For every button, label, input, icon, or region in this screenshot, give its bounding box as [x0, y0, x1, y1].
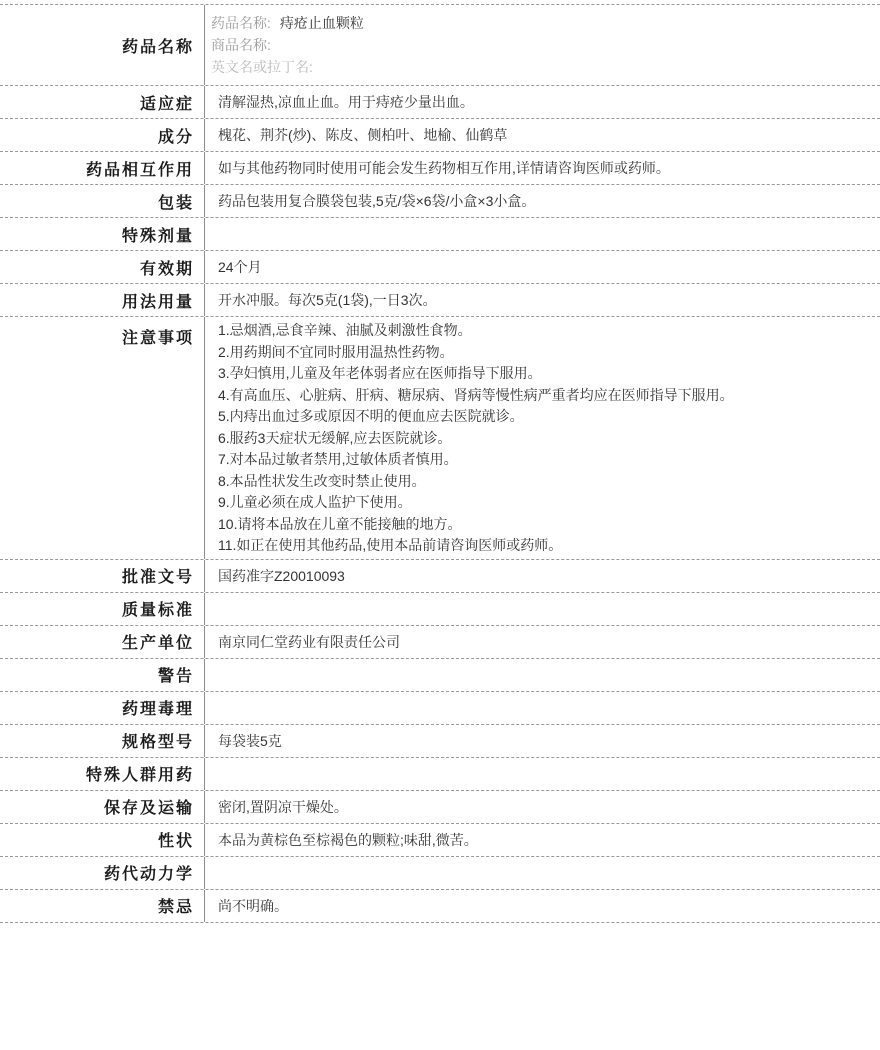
table-row: 药理毒理 [0, 692, 880, 725]
row-label-text: 规格型号 [122, 729, 194, 752]
table-row: 适应症 清解湿热,凉血止血。用于痔疮少量出血。 [0, 86, 880, 119]
row-label: 规格型号 [0, 725, 204, 757]
drug-name-line: 商品名称: [211, 34, 870, 56]
drug-info-table: 药品名称 药品名称:痔疮止血颗粒商品名称:英文名或拉丁名: 适应症 清解湿热,凉… [0, 4, 880, 923]
row-label: 包装 [0, 185, 204, 217]
row-label-text: 药理毒理 [122, 696, 194, 719]
row-value: 开水冲服。每次5克(1袋),一日3次。 [204, 284, 880, 316]
precaution-item: 11.如正在使用其他药品,使用本品前请咨询医师或药师。 [218, 535, 870, 557]
row-label: 适应症 [0, 86, 204, 118]
row-label-text: 保存及运输 [104, 795, 194, 818]
table-row: 特殊人群用药 [0, 758, 880, 791]
row-value-text: 南京同仁堂药业有限责任公司 [218, 632, 870, 652]
row-label: 生产单位 [0, 626, 204, 658]
row-label-text: 性状 [158, 828, 194, 851]
table-row: 生产单位 南京同仁堂药业有限责任公司 [0, 626, 880, 659]
row-value: 每袋装5克 [204, 725, 880, 757]
table-row: 禁忌 尚不明确。 [0, 890, 880, 923]
precaution-item: 7.对本品过敏者禁用,过敏体质者慎用。 [218, 449, 870, 471]
row-value: 南京同仁堂药业有限责任公司 [204, 626, 880, 658]
table-row: 成分 槐花、荆芥(炒)、陈皮、侧柏叶、地榆、仙鹤草 [0, 119, 880, 152]
row-value [204, 659, 880, 691]
row-value: 如与其他药物同时使用可能会发生药物相互作用,详情请咨询医师或药师。 [204, 152, 880, 184]
table-row: 警告 [0, 659, 880, 692]
field-value: 痔疮止血颗粒 [280, 15, 364, 31]
precaution-item: 6.服药3天症状无缓解,应去医院就诊。 [218, 428, 870, 450]
table-row: 批准文号 国药准字Z20010093 [0, 560, 880, 593]
row-value-text: 密闭,置阴凉干燥处。 [218, 797, 870, 817]
row-value [204, 857, 880, 889]
table-row: 注意事项 1.忌烟酒,忌食辛辣、油腻及刺激性食物。2.用药期间不宜同时服用温热性… [0, 317, 880, 560]
drug-name-line: 药品名称:痔疮止血颗粒 [211, 12, 870, 34]
row-label-text: 有效期 [140, 256, 194, 279]
precaution-item: 10.请将本品放在儿童不能接触的地方。 [218, 514, 870, 536]
row-label: 药品名称 [0, 5, 204, 85]
row-label-text: 禁忌 [158, 894, 194, 917]
row-value: 密闭,置阴凉干燥处。 [204, 791, 880, 823]
row-label: 药理毒理 [0, 692, 204, 724]
row-label: 质量标准 [0, 593, 204, 625]
row-value-text: 槐花、荆芥(炒)、陈皮、侧柏叶、地榆、仙鹤草 [218, 125, 870, 145]
precaution-item: 3.孕妇慎用,儿童及年老体弱者应在医师指导下服用。 [218, 363, 870, 385]
row-label: 药品相互作用 [0, 152, 204, 184]
table-row: 用法用量 开水冲服。每次5克(1袋),一日3次。 [0, 284, 880, 317]
row-label-text: 药品相互作用 [86, 157, 194, 180]
row-value-text [218, 227, 870, 241]
table-row: 规格型号 每袋装5克 [0, 725, 880, 758]
row-value-text [218, 668, 870, 682]
row-label: 注意事项 [0, 317, 204, 559]
row-label: 成分 [0, 119, 204, 151]
row-value [204, 758, 880, 790]
row-value-text: 国药准字Z20010093 [218, 566, 870, 586]
row-value [204, 218, 880, 250]
row-label: 保存及运输 [0, 791, 204, 823]
table-row: 有效期 24个月 [0, 251, 880, 284]
row-value: 24个月 [204, 251, 880, 283]
row-value: 药品名称:痔疮止血颗粒商品名称:英文名或拉丁名: [204, 5, 880, 85]
row-label: 有效期 [0, 251, 204, 283]
row-value-text: 开水冲服。每次5克(1袋),一日3次。 [218, 290, 870, 310]
row-label: 警告 [0, 659, 204, 691]
row-label-text: 生产单位 [122, 630, 194, 653]
row-value: 清解湿热,凉血止血。用于痔疮少量出血。 [204, 86, 880, 118]
row-label-text: 用法用量 [122, 289, 194, 312]
row-label-text: 质量标准 [122, 597, 194, 620]
row-value: 药品包装用复合膜袋包装,5克/袋×6袋/小盒×3小盒。 [204, 185, 880, 217]
precaution-item: 4.有高血压、心脏病、肝病、糖尿病、肾病等慢性病严重者均应在医师指导下服用。 [218, 385, 870, 407]
row-label-text: 注意事项 [122, 325, 194, 348]
row-value: 国药准字Z20010093 [204, 560, 880, 592]
table-row: 性状 本品为黄棕色至棕褐色的颗粒;味甜,微苦。 [0, 824, 880, 857]
row-value-text: 每袋装5克 [218, 731, 870, 751]
row-label-text: 药代动力学 [104, 861, 194, 884]
row-label: 特殊剂量 [0, 218, 204, 250]
row-value-text: 如与其他药物同时使用可能会发生药物相互作用,详情请咨询医师或药师。 [218, 158, 870, 178]
precaution-item: 2.用药期间不宜同时服用温热性药物。 [218, 342, 870, 364]
row-value: 尚不明确。 [204, 890, 880, 922]
field-label: 英文名或拉丁名: [211, 59, 313, 75]
table-row: 包装 药品包装用复合膜袋包装,5克/袋×6袋/小盒×3小盒。 [0, 185, 880, 218]
row-label: 用法用量 [0, 284, 204, 316]
precaution-item: 9.儿童必须在成人监护下使用。 [218, 492, 870, 514]
table-row: 特殊剂量 [0, 218, 880, 251]
row-value: 槐花、荆芥(炒)、陈皮、侧柏叶、地榆、仙鹤草 [204, 119, 880, 151]
row-value-text: 24个月 [218, 257, 870, 277]
row-value: 本品为黄棕色至棕褐色的颗粒;味甜,微苦。 [204, 824, 880, 856]
table-row: 药品名称 药品名称:痔疮止血颗粒商品名称:英文名或拉丁名: [0, 5, 880, 86]
row-label-text: 特殊人群用药 [86, 762, 194, 785]
row-value-text [218, 866, 870, 880]
table-row: 保存及运输 密闭,置阴凉干燥处。 [0, 791, 880, 824]
table-row: 药品相互作用 如与其他药物同时使用可能会发生药物相互作用,详情请咨询医师或药师。 [0, 152, 880, 185]
row-value-text: 本品为黄棕色至棕褐色的颗粒;味甜,微苦。 [218, 830, 870, 850]
row-value-text: 清解湿热,凉血止血。用于痔疮少量出血。 [218, 92, 870, 112]
drug-name-line: 英文名或拉丁名: [211, 56, 870, 78]
row-value-text: 药品包装用复合膜袋包装,5克/袋×6袋/小盒×3小盒。 [218, 191, 870, 211]
precaution-item: 5.内痔出血过多或原因不明的便血应去医院就诊。 [218, 406, 870, 428]
row-value-text [218, 701, 870, 715]
row-label-text: 警告 [158, 663, 194, 686]
row-label-text: 特殊剂量 [122, 223, 194, 246]
precaution-item: 8.本品性状发生改变时禁止使用。 [218, 471, 870, 493]
field-label: 药品名称: [211, 15, 271, 31]
table-row: 质量标准 [0, 593, 880, 626]
row-value [204, 692, 880, 724]
row-label: 禁忌 [0, 890, 204, 922]
row-label-text: 成分 [158, 124, 194, 147]
precaution-item: 1.忌烟酒,忌食辛辣、油腻及刺激性食物。 [218, 320, 870, 342]
row-value-text [218, 767, 870, 781]
row-label: 性状 [0, 824, 204, 856]
row-label-text: 批准文号 [122, 564, 194, 587]
row-value: 1.忌烟酒,忌食辛辣、油腻及刺激性食物。2.用药期间不宜同时服用温热性药物。3.… [204, 317, 880, 559]
row-value-text [218, 602, 870, 616]
row-label-text: 适应症 [140, 91, 194, 114]
row-label: 药代动力学 [0, 857, 204, 889]
row-label: 批准文号 [0, 560, 204, 592]
row-value [204, 593, 880, 625]
row-label: 特殊人群用药 [0, 758, 204, 790]
row-value-text: 尚不明确。 [218, 896, 870, 916]
row-label-text: 药品名称 [122, 34, 194, 57]
field-label: 商品名称: [211, 37, 271, 53]
table-row: 药代动力学 [0, 857, 880, 890]
row-label-text: 包装 [158, 190, 194, 213]
